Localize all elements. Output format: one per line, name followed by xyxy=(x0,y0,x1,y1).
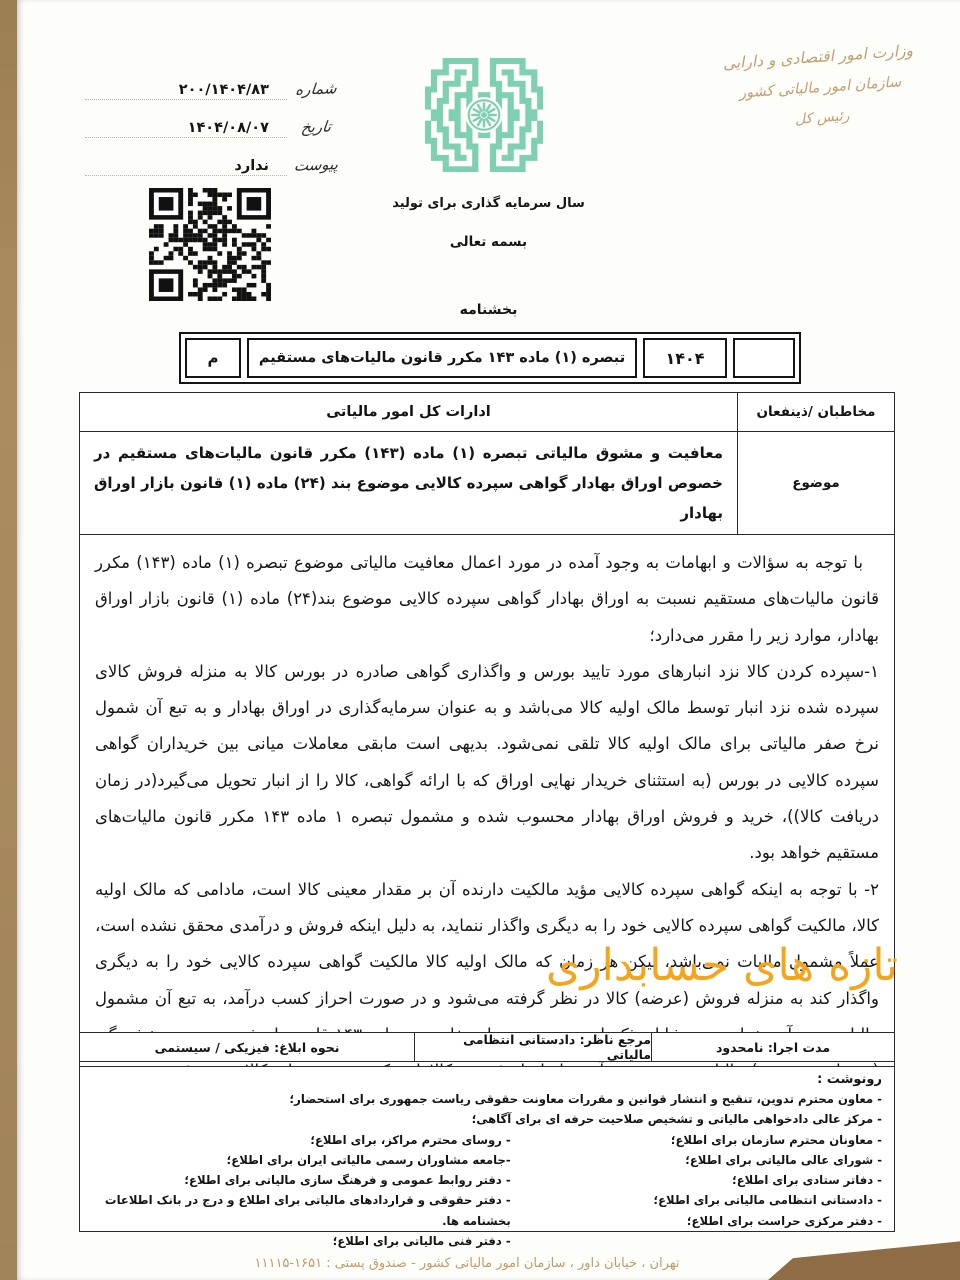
cc-item: - روسای محترم مراکز، برای اطلاع؛ xyxy=(98,1130,511,1150)
ministry-name: وزارت امور اقتصادی و دارایی xyxy=(683,39,954,76)
watermark-text: تازه های حسابداری xyxy=(522,940,922,991)
cc-box: رونوشت : - معاون محترم تدوین، تنقیح و ان… xyxy=(79,1066,895,1232)
scanned-document-photo: شماره ۲۰۰/۱۴۰۴/۸۳ تاریخ ۱۴۰۴/۰۸/۰۷ پیوست… xyxy=(0,0,960,1280)
notification-method: نحوه ابلاغ: فیزیکی / سیستمی xyxy=(80,1033,414,1061)
letter-date-value: ۱۴۰۴/۰۸/۰۷ xyxy=(188,120,269,136)
classification-empty-cell xyxy=(733,338,795,378)
audience-label: مخاطبان /ذینفعان xyxy=(737,393,894,431)
body-paragraph-1: ۱-سپرده کردن کالا نزد انبارهای مورد تایی… xyxy=(95,654,879,872)
cc-item: - دفتر فنی مالیاتی برای اطلاع؛ xyxy=(98,1231,511,1251)
cc-item: - دفتر حقوقی و قراردادهای مالیاتی برای ا… xyxy=(98,1190,511,1231)
cc-item: - دادستانی انتظامی مالیاتی برای اطلاع؛ xyxy=(511,1190,882,1210)
cc-item: - دفتر روابط عمومی و فرهنگ سازی مالیاتی … xyxy=(98,1170,511,1190)
body-paragraph-intro: با توجه به سؤالات و ابهامات به وجود آمده… xyxy=(95,545,879,654)
organization-name: سازمان امور مالیاتی کشور xyxy=(685,71,955,106)
execution-duration: مدت اجرا: نامحدود xyxy=(651,1033,894,1061)
cc-column-left: - روسای محترم مراکز، برای اطلاع؛ -جامعه … xyxy=(92,1130,511,1252)
letter-meta-block: شماره ۲۰۰/۱۴۰۴/۸۳ تاریخ ۱۴۰۴/۰۸/۰۷ پیوست… xyxy=(85,62,345,176)
qr-code xyxy=(149,188,271,301)
subject-row: موضوع معافیت و مشوق مالیاتی تبصره (۱) ما… xyxy=(80,432,894,535)
cc-item: - دفتر مرکزی حراست برای اطلاع؛ xyxy=(511,1211,882,1231)
document-paper: شماره ۲۰۰/۱۴۰۴/۸۳ تاریخ ۱۴۰۴/۰۸/۰۷ پیوست… xyxy=(17,0,960,1280)
subject-value: معافیت و مشوق مالیاتی تبصره (۱) ماده (۱۴… xyxy=(80,432,737,534)
cc-column-right: - معاونان محترم سازمان برای اطلاع؛ - شور… xyxy=(511,1130,882,1252)
cc-item: - شورای عالی مالیاتی برای اطلاع؛ xyxy=(511,1150,882,1170)
signatory-role: رئیس کل xyxy=(687,101,957,136)
cc-item: - معاون محترم تدوین، تنقیح و انتشار قوان… xyxy=(92,1089,882,1109)
execution-info-row: مدت اجرا: نامحدود مرجع ناظر: دادستانی ان… xyxy=(79,1032,895,1062)
classification-row: ۱۴۰۴ تبصره (۱) ماده ۱۴۳ مکرر قانون مالیا… xyxy=(179,332,801,384)
classification-year-cell: ۱۴۰۴ xyxy=(643,338,727,378)
tax-administration-logo-icon xyxy=(425,58,543,172)
cc-item: -جامعه مشاوران رسمی مالیاتی ایران برای ا… xyxy=(98,1150,511,1170)
letter-number-value: ۲۰۰/۱۴۰۴/۸۳ xyxy=(179,82,269,98)
background-left-edge xyxy=(0,0,17,1280)
cc-columns: - معاونان محترم سازمان برای اطلاع؛ - شور… xyxy=(92,1130,882,1252)
subject-label: موضوع xyxy=(737,432,894,534)
letter-date-label: تاریخ xyxy=(286,117,346,139)
cc-item: - معاونان محترم سازمان برای اطلاع؛ xyxy=(511,1130,882,1150)
document-type-title: بخشنامه xyxy=(17,302,960,318)
audience-row: مخاطبان /ذینفعان ادارات کل امور مالیاتی xyxy=(80,393,894,432)
audience-value: ادارات کل امور مالیاتی xyxy=(80,393,737,431)
letter-attachment-value: ندارد xyxy=(234,158,269,174)
letterhead-calligraphy: وزارت امور اقتصادی و دارایی سازمان امور … xyxy=(683,39,958,136)
cc-item: - دفاتر ستادی برای اطلاع؛ xyxy=(511,1170,882,1190)
classification-letter-cell: م xyxy=(185,338,241,378)
letter-attachment-row: پیوست ندارد xyxy=(85,138,345,176)
supervising-authority: مرجع ناظر: دادستانی انتظامی مالیاتی xyxy=(414,1033,651,1061)
letter-attachment-label: پیوست xyxy=(286,155,346,177)
letter-number-row: شماره ۲۰۰/۱۴۰۴/۸۳ xyxy=(85,62,345,100)
classification-subject-cell: تبصره (۱) ماده ۱۴۳ مکرر قانون مالیات‌های… xyxy=(247,338,637,378)
letter-number-label: شماره xyxy=(286,79,346,101)
letter-date-row: تاریخ ۱۴۰۴/۰۸/۰۷ xyxy=(85,100,345,138)
cc-heading: رونوشت : xyxy=(92,1072,882,1087)
cc-item: - مرکز عالی دادخواهی مالیاتی و تشخیص صلا… xyxy=(92,1109,882,1129)
